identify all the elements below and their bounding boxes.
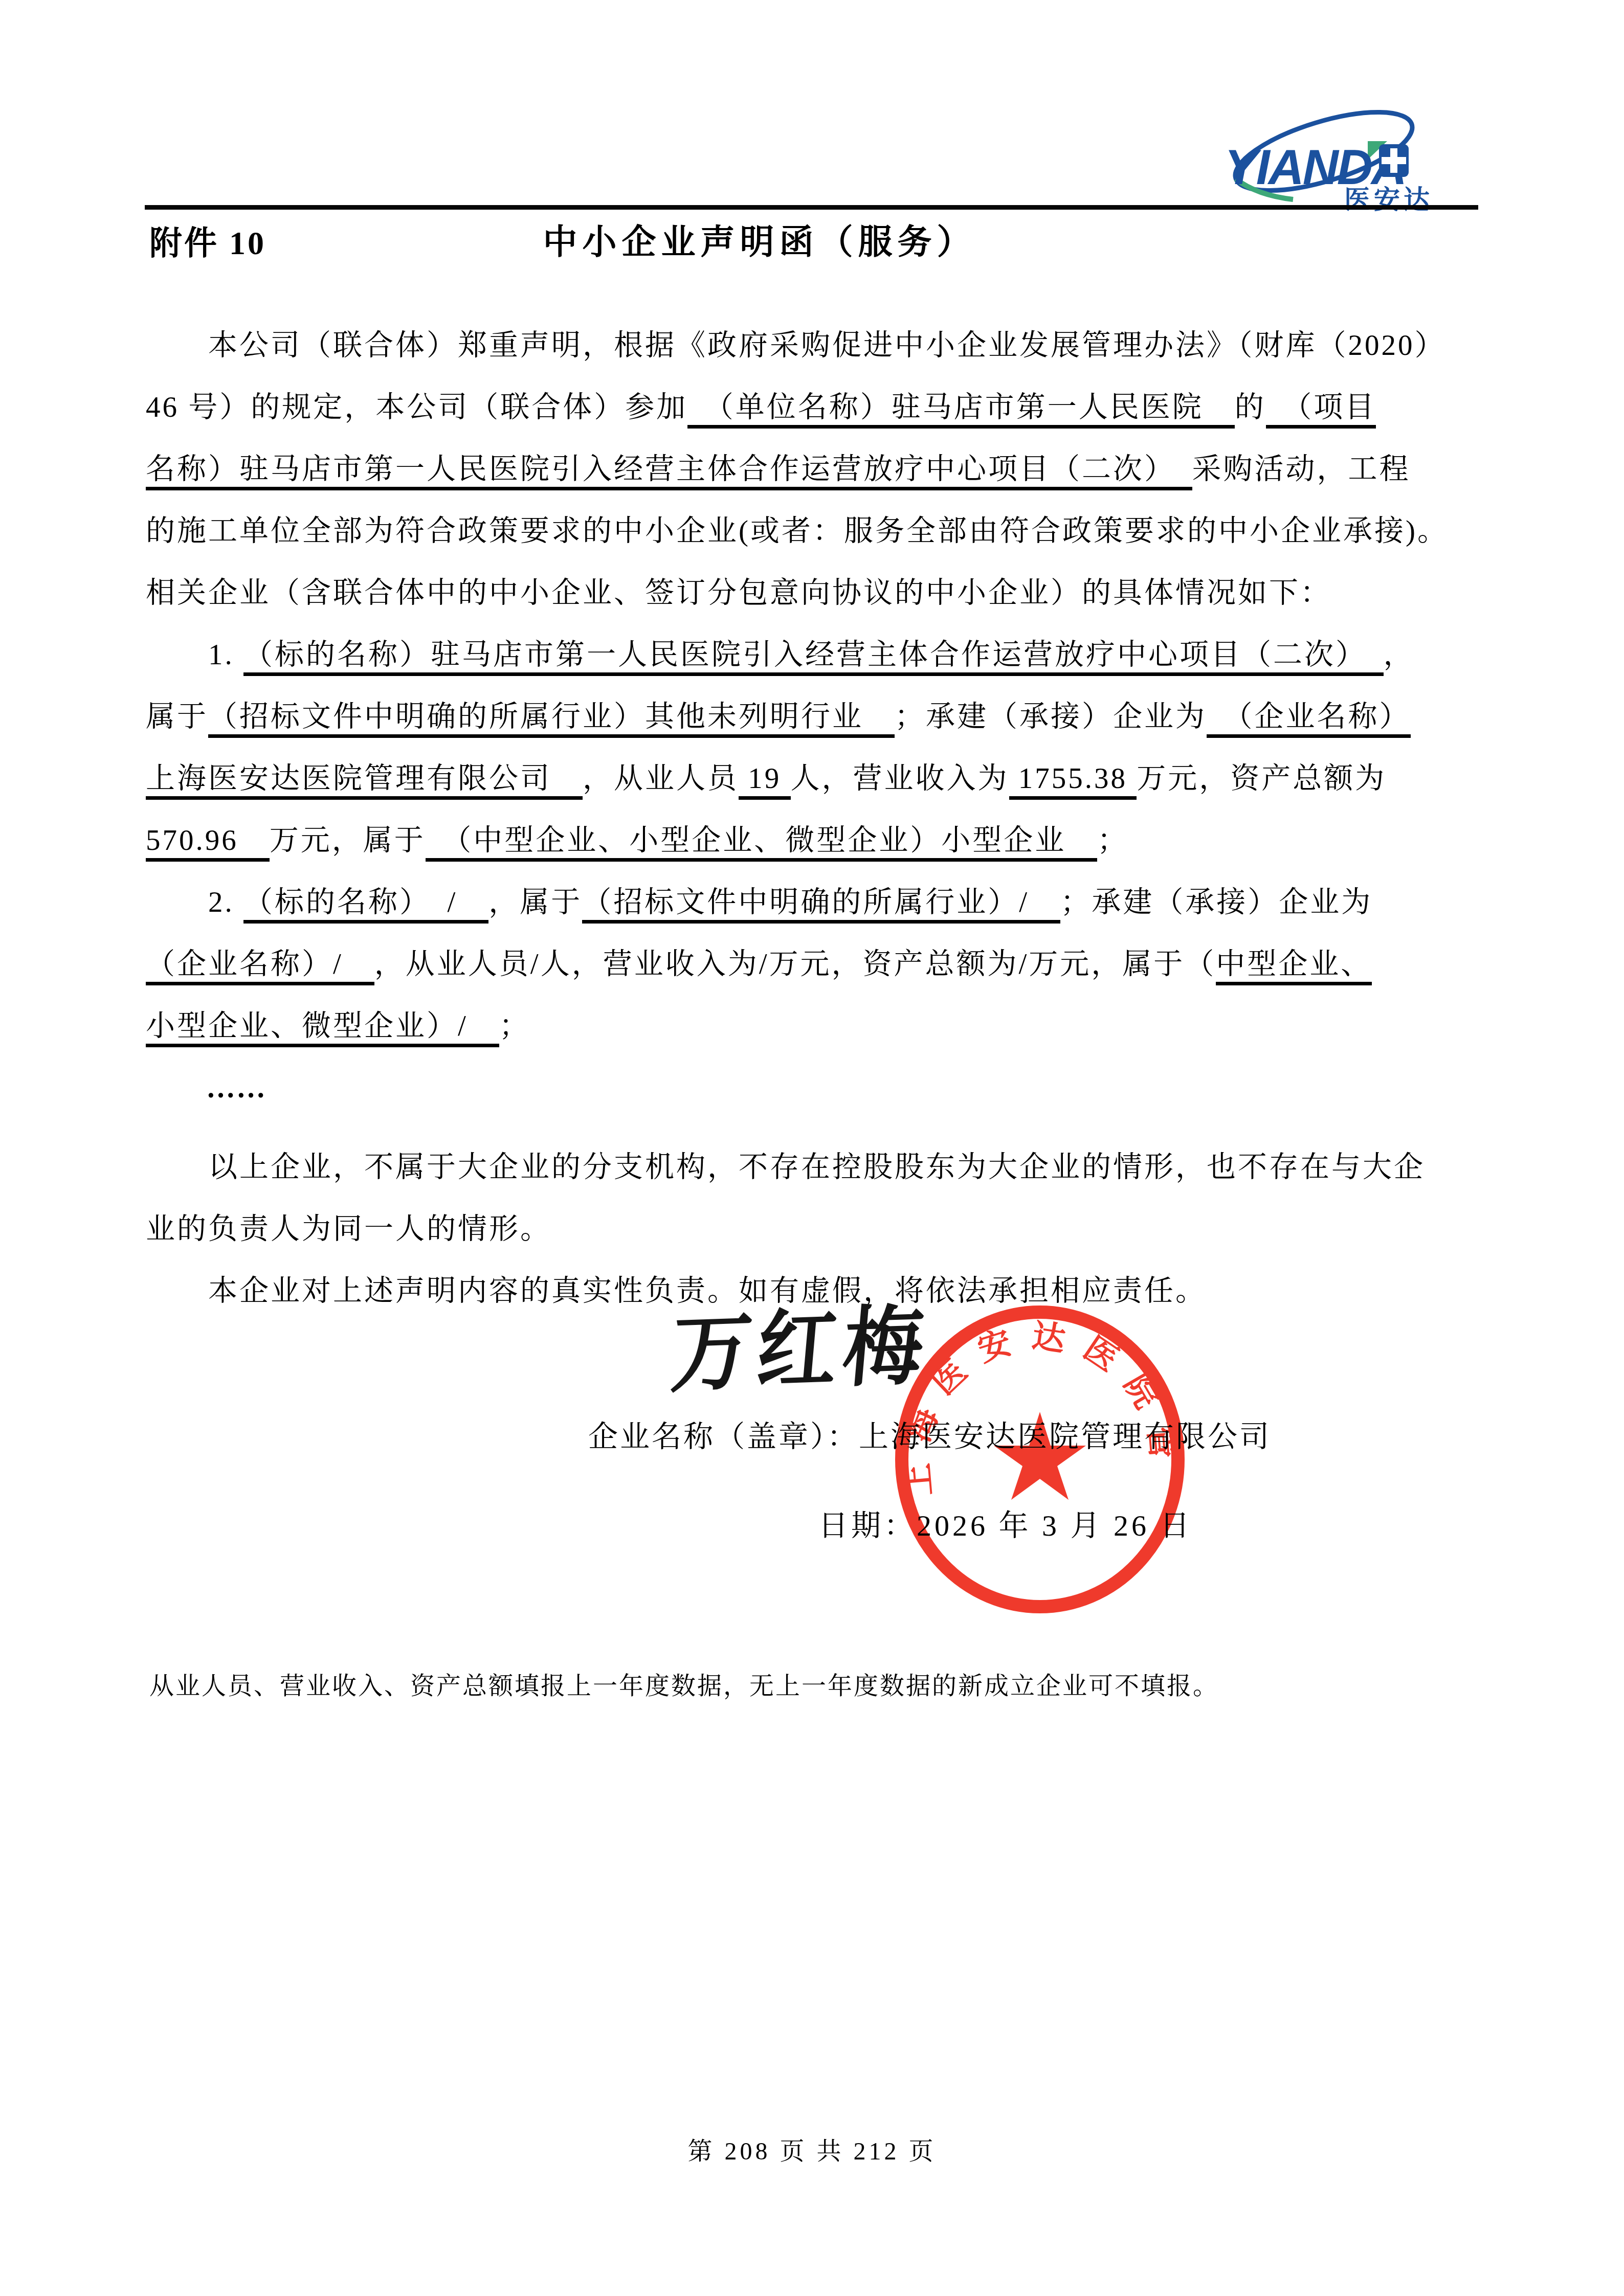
- body-text: 属于: [146, 701, 208, 733]
- fill-in-blank: （企业名称）: [1207, 701, 1411, 738]
- fill-in-blank: （标的名称）驻马店市第一人民医院引入经营主体合作运营放疗中心项目（二次）: [243, 639, 1384, 676]
- fill-in-blank: 19: [739, 762, 791, 800]
- page-title: 中小企业声明函（服务）: [146, 215, 1373, 264]
- seal-star-icon: [994, 1412, 1086, 1500]
- body-text: 人，营业收入为: [791, 762, 1009, 795]
- fill-in-blank: （项目: [1266, 391, 1376, 429]
- body-line-15: 业的负责人为同一人的情形。: [146, 1198, 1496, 1260]
- body-text: ；: [499, 1010, 530, 1042]
- body-text: ，属于: [488, 886, 582, 918]
- body-line-4: 的施工单位全部为符合政策要求的中小企业(或者：服务全部由符合政策要求的中小企业承…: [146, 500, 1496, 562]
- body-line-12: 小型企业、微型企业）/ ；: [146, 995, 1496, 1057]
- body-text: 万元，属于: [270, 824, 426, 857]
- document-page: YIANDA 医安达 附件 10 中小企业声明函（服务） 本公司（联合体）郑重声…: [0, 0, 1624, 2296]
- logo-cjk-text: 医安达: [1344, 185, 1433, 214]
- body-text: 的: [1235, 391, 1266, 423]
- body-text: 业的负责人为同一人的情形。: [146, 1213, 551, 1245]
- fill-in-blank: 上海医安达医院管理有限公司: [146, 762, 583, 800]
- body-line-13: ……: [146, 1057, 1496, 1119]
- body-line-5: 相关企业（含联合体中的中小企业、签订分包意向协议的中小企业）的具体情况如下：: [146, 562, 1496, 624]
- body-line-6: 1. （标的名称）驻马店市第一人民医院引入经营主体合作运营放疗中心项目（二次） …: [146, 624, 1496, 686]
- body-text: 以上企业，不属于大企业的分支机构，不存在控股股东为大企业的情形，也不存在与大企: [146, 1151, 1425, 1183]
- body-line-9: 570.96 万元，属于 （中型企业、小型企业、微型企业）小型企业 ；: [146, 809, 1496, 871]
- fill-in-blank: 570.96: [146, 824, 270, 862]
- body-text: ；承建（承接）企业为: [1060, 886, 1372, 918]
- body-text: ……: [146, 1072, 266, 1104]
- body-text: ，从业人员/人，营业收入为/万元，资产总额为/万元，属于（: [374, 948, 1216, 980]
- fill-in-blank: 1755.38: [1009, 762, 1137, 800]
- body-text: ；: [1097, 824, 1128, 857]
- body-text: 本公司（联合体）郑重声明，根据《政府采购促进中小企业发展管理办法》（财库（202…: [146, 329, 1446, 362]
- fill-in-blank: 中型企业、: [1216, 948, 1372, 985]
- body-line-10: 2. （标的名称） / ，属于（招标文件中明确的所属行业）/ ；承建（承接）企业…: [146, 871, 1496, 933]
- body-text: ；承建（承接）企业为: [895, 701, 1207, 733]
- body-text: 1.: [146, 639, 243, 671]
- fill-in-blank: （企业名称）/: [146, 948, 374, 985]
- body-text: 相关企业（含联合体中的中小企业、签订分包意向协议的中小企业）的具体情况如下：: [146, 577, 1331, 609]
- header-divider: [145, 205, 1478, 210]
- body-line-1: 本公司（联合体）郑重声明，根据《政府采购促进中小企业发展管理办法》（财库（202…: [146, 314, 1496, 376]
- body-line-8: 上海医安达医院管理有限公司 ，从业人员 19 人，营业收入为 1755.38 万…: [146, 748, 1496, 809]
- body-text: 万元，资产总额为: [1137, 762, 1386, 795]
- company-seal: 上海医安达医院管理有限公司: [886, 1298, 1194, 1621]
- fill-in-blank: （中型企业、小型企业、微型企业）小型企业: [426, 824, 1098, 862]
- page-number-footer: 第 208 页 共 212 页: [0, 2131, 1624, 2167]
- body-text: 46 号）的规定，本公司（联合体）参加: [146, 391, 687, 423]
- body-line-14: 以上企业，不属于大企业的分支机构，不存在控股股东为大企业的情形，也不存在与大企: [146, 1136, 1496, 1198]
- body-line-2: 46 号）的规定，本公司（联合体）参加 （单位名称）驻马店市第一人民医院 的 （…: [146, 376, 1496, 438]
- footnote: 从业人员、营业收入、资产总额填报上一年度数据，无上一年度数据的新成立企业可不填报…: [149, 1666, 1219, 1701]
- fill-in-blank: 名称）驻马店市第一人民医院引入经营主体合作运营放疗中心项目（二次）: [146, 453, 1192, 490]
- fill-in-blank: （标的名称） /: [243, 886, 488, 924]
- fill-in-blank: （单位名称）驻马店市第一人民医院: [687, 391, 1235, 429]
- company-logo: YIANDA 医安达: [1216, 107, 1438, 215]
- body-line-3: 名称）驻马店市第一人民医院引入经营主体合作运营放疗中心项目（二次） 采购活动，工…: [146, 438, 1496, 500]
- body-text: 2.: [146, 886, 243, 918]
- document-body: 本公司（联合体）郑重声明，根据《政府采购促进中小企业发展管理办法》（财库（202…: [146, 314, 1496, 1322]
- fill-in-blank: 小型企业、微型企业）/: [146, 1010, 499, 1047]
- fill-in-blank: （招标文件中明确的所属行业）其他未列明行业: [208, 701, 895, 738]
- body-text: ，: [1384, 639, 1415, 671]
- body-line-7: 属于（招标文件中明确的所属行业）其他未列明行业 ；承建（承接）企业为 （企业名称…: [146, 686, 1496, 748]
- fill-in-blank: （招标文件中明确的所属行业）/: [582, 886, 1060, 924]
- body-text: 的施工单位全部为符合政策要求的中小企业(或者：服务全部由符合政策要求的中小企业承…: [146, 515, 1449, 547]
- body-text: ，从业人员: [583, 762, 739, 795]
- body-text: 采购活动，工程: [1192, 453, 1411, 485]
- body-line-11: （企业名称）/ ，从业人员/人，营业收入为/万元，资产总额为/万元，属于（中型企…: [146, 933, 1496, 995]
